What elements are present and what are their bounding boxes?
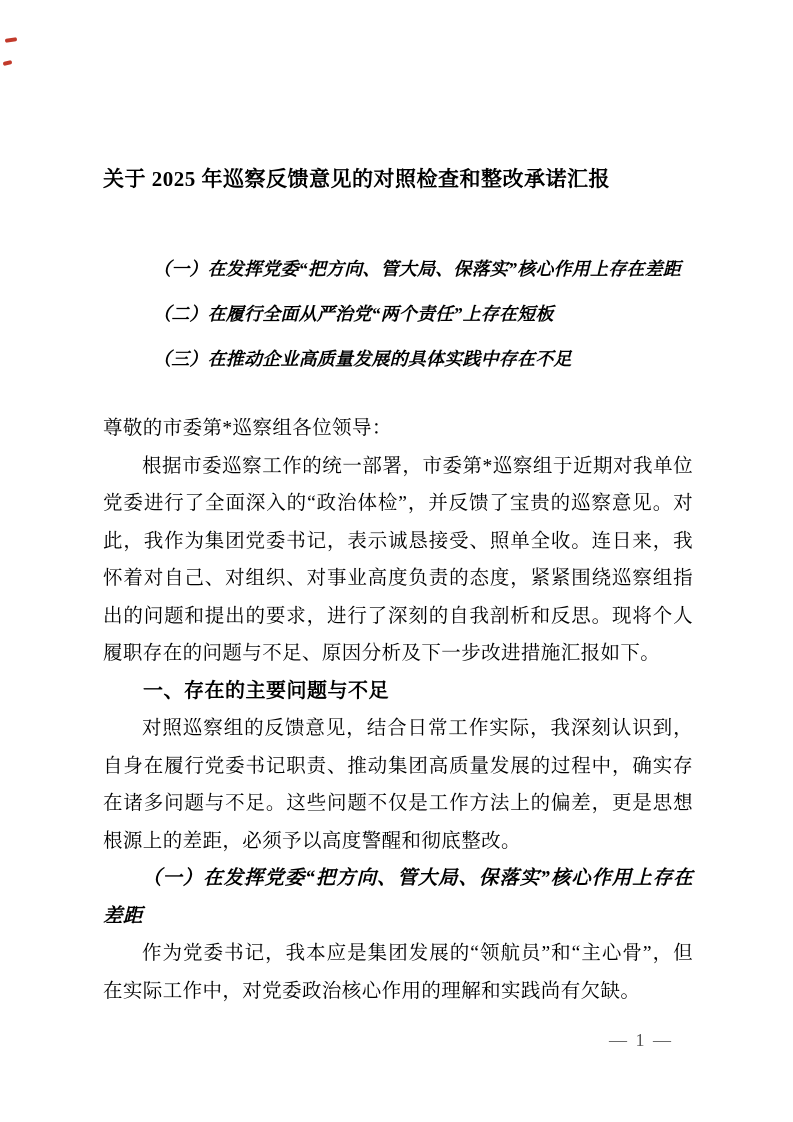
- summary-item-2: （二）在履行全面从严治党“两个责任”上存在短板: [103, 292, 693, 337]
- document-page: 关于 2025 年巡察反馈意见的对照检查和整改承诺汇报 （一）在发挥党委“把方向…: [0, 0, 793, 1122]
- page-number: — 1 —: [609, 1030, 673, 1051]
- page-content: 关于 2025 年巡察反馈意见的对照检查和整改承诺汇报 （一）在发挥党委“把方向…: [0, 0, 793, 1010]
- section-1-heading: 一、存在的主要问题与不足: [103, 673, 693, 711]
- salutation: 尊敬的市委第*巡察组各位领导：: [103, 410, 693, 448]
- intro-paragraph: 根据市委巡察工作的统一部署，市委第*巡察组于近期对我单位党委进行了全面深入的“政…: [103, 448, 693, 673]
- summary-list: （一）在发挥党委“把方向、管大局、保落实”核心作用上存在差距 （二）在履行全面从…: [103, 247, 693, 382]
- summary-item-3: （三）在推动企业高质量发展的具体实践中存在不足: [103, 337, 693, 382]
- section-1-lead-paragraph: 对照巡察组的反馈意见，结合日常工作实际，我深刻认识到，自身在履行党委书记职责、推…: [103, 710, 693, 860]
- document-title: 关于 2025 年巡察反馈意见的对照检查和整改承诺汇报: [103, 163, 693, 195]
- document-body: 尊敬的市委第*巡察组各位领导： 根据市委巡察工作的统一部署，市委第*巡察组于近期…: [103, 410, 693, 1010]
- subsection-1-paragraph: 作为党委书记，我本应是集团发展的“领航员”和“主心骨”，但在实际工作中，对党委政…: [103, 935, 693, 1010]
- subsection-1-heading: （一）在发挥党委“把方向、管大局、保落实”核心作用上存在差距: [103, 860, 693, 935]
- summary-item-1: （一）在发挥党委“把方向、管大局、保落实”核心作用上存在差距: [103, 247, 693, 292]
